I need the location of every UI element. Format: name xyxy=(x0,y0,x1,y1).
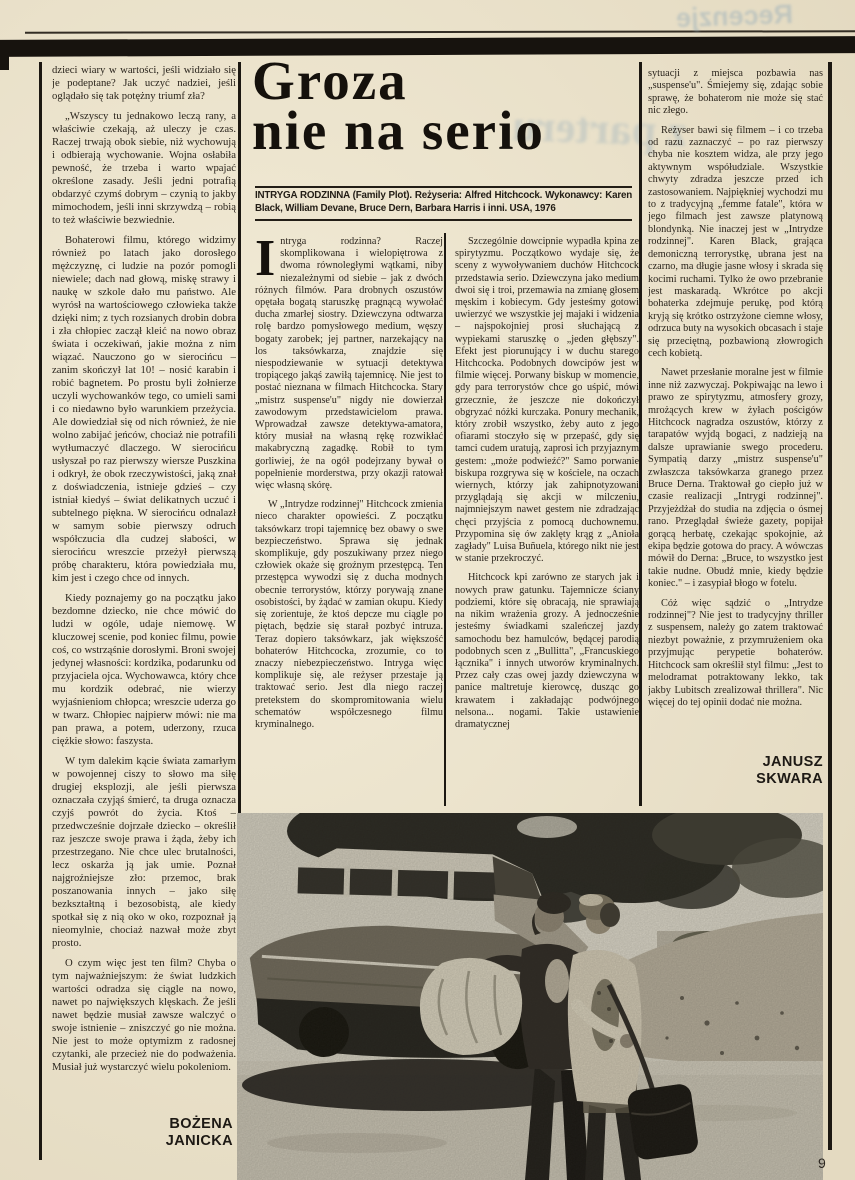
film-credits: INTRYGA RODZINNA (Family Plot). Reżyseri… xyxy=(255,190,632,215)
main-article-author: JANUSZ SKWARA xyxy=(680,754,823,788)
credits-rule-bottom xyxy=(255,219,632,221)
headline-line-1: Groza xyxy=(252,56,545,106)
article-paragraph: O czym więc jest ten film? Chyba o tym n… xyxy=(52,957,236,1074)
column-rule-3 xyxy=(444,233,446,806)
drop-cap: I xyxy=(255,236,280,279)
article-paragraph: Bohaterowi filmu, którego widzimy równie… xyxy=(52,234,236,585)
article-paragraph: dzieci wiary w wartości, jeśli widziało … xyxy=(52,64,236,103)
main-article-column-3: sytuacji z miejsca pozbawia nas „suspens… xyxy=(648,68,823,748)
article-paragraph: Szczególnie dowcipnie wypadła kpina ze s… xyxy=(455,236,639,565)
ink-blob xyxy=(0,50,9,70)
article-paragraph: Intryga rodzinna? Raczej skomplikowana i… xyxy=(255,236,443,492)
article-paragraph: Kiedy poznajemy go na początku jako bezd… xyxy=(52,592,236,748)
article-paragraph: W tym dalekim kącie świata zamarłym w po… xyxy=(52,755,236,950)
credits-rule-top xyxy=(255,186,632,188)
article-paragraph: Cóż więc sądzić o „Intrydze rodzinnej"? … xyxy=(648,598,823,710)
film-still-photo xyxy=(237,813,823,1180)
article-paragraph: Nawet przesłanie moralne jest w filmie i… xyxy=(648,367,823,590)
top-thin-rule xyxy=(25,30,855,33)
headline: Groza nie na serio xyxy=(252,56,545,156)
main-article-column-1: Intryga rodzinna? Raczej skomplikowana i… xyxy=(255,236,443,808)
article-paragraph: sytuacji z miejsca pozbawia nas „suspens… xyxy=(648,68,823,118)
column-rule-left xyxy=(39,62,42,1160)
article-paragraph: Reżyser bawi się filmem – i co trzeba od… xyxy=(648,125,823,361)
magazine-page: Recenzje z parteru dzieci wiary w wartoś… xyxy=(0,0,855,1180)
article-paragraph: „Wszyscy tu jednakowo leczą rany, a właś… xyxy=(52,110,236,227)
bleedthrough-recenzje-text: Recenzje xyxy=(675,0,793,34)
main-article-column-2: Szczególnie dowcipnie wypadła kpina ze s… xyxy=(455,236,639,808)
article-paragraph: W „Intrydze rodzinnej" Hitchcock zmienia… xyxy=(255,499,443,731)
headline-line-2: nie na serio xyxy=(252,106,545,156)
column-rule-right xyxy=(828,62,832,1150)
page-number: 9 xyxy=(818,1155,848,1171)
left-article-author: BOŻENA JANICKA xyxy=(90,1116,233,1150)
left-article-column: dzieci wiary w wartości, jeśli widziało … xyxy=(52,64,236,1112)
column-rule-4 xyxy=(639,62,642,806)
top-black-bar xyxy=(0,36,855,57)
article-paragraph: Hitchcock kpi zarówno ze starych jak i n… xyxy=(455,572,639,731)
